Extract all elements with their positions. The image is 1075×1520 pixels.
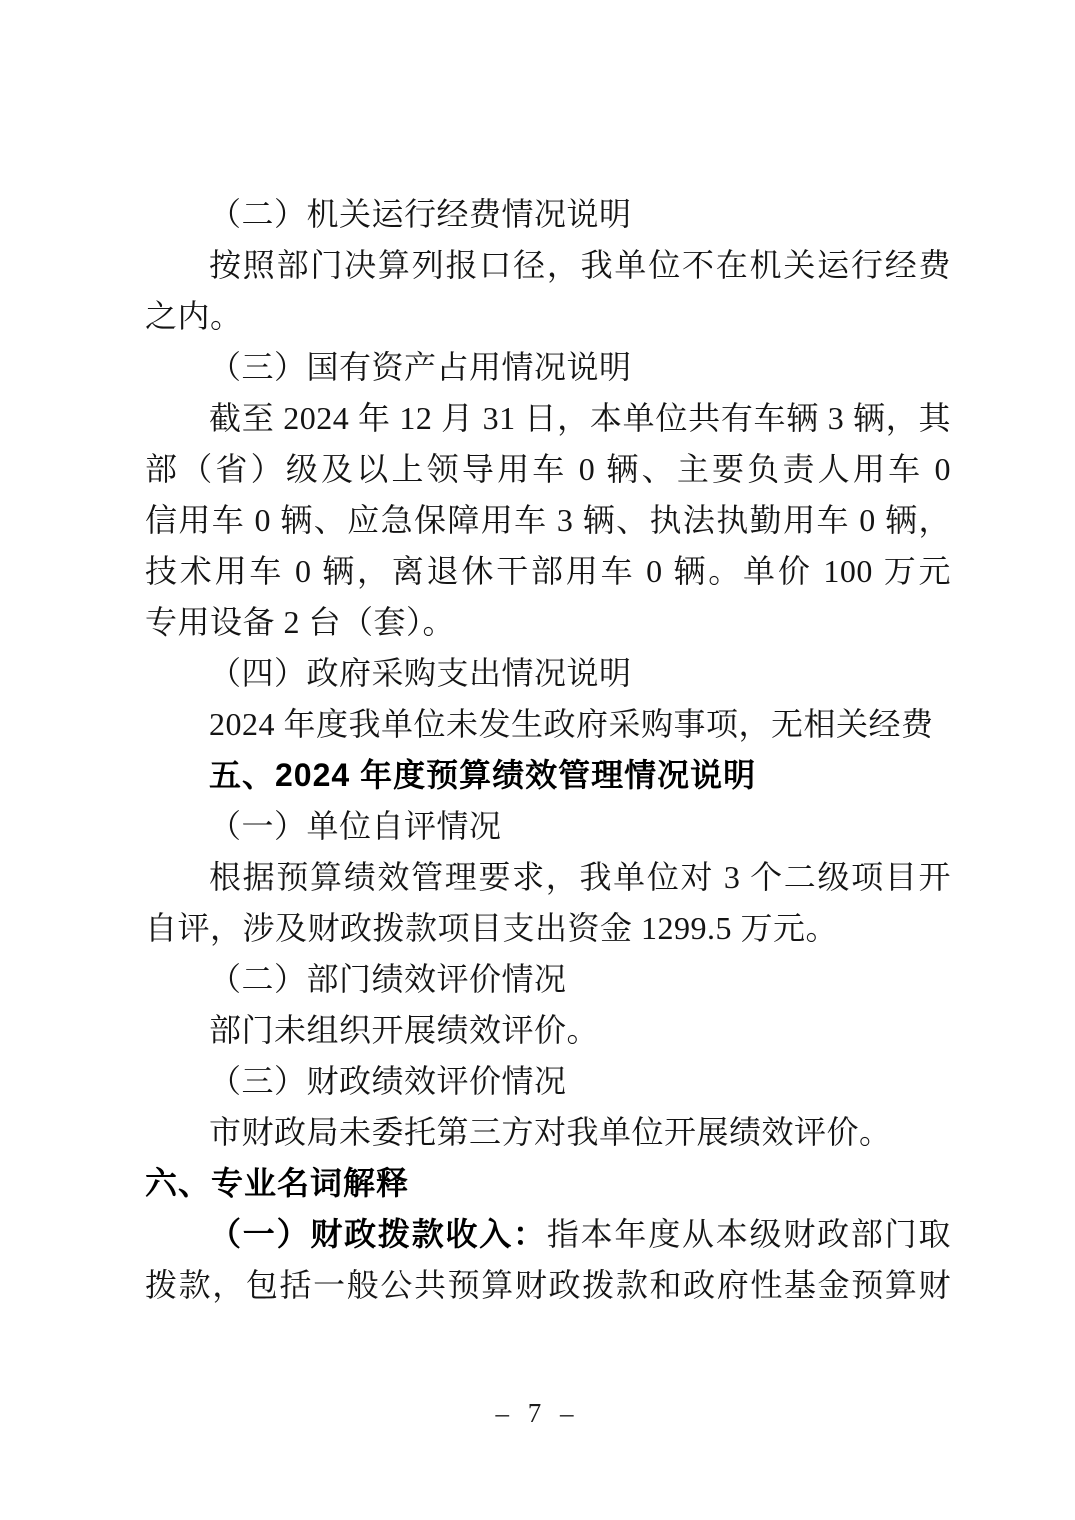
text-run: （二）机关运行经费情况说明	[209, 196, 632, 232]
document-page: （二）机关运行经费情况说明按照部门决算列报口径，我单位不在机关运行经费统计范围之…	[0, 0, 1075, 1520]
text-run: （二）部门绩效评价情况	[209, 961, 567, 997]
text-line: （一）单位自评情况	[145, 801, 951, 852]
text-run: 技术用车 0 辆，离退休干部用车 0 辆。单价 100 万元（含）以上	[145, 553, 951, 597]
text-line: 部（省）级及以上领导用车 0 辆、主要负责人用车 0 辆、机要通	[145, 444, 951, 495]
text-line: 自评，涉及财政拨款项目支出资金 1299.5 万元。	[145, 903, 951, 954]
text-line: 按照部门决算列报口径，我单位不在机关运行经费统计范围	[145, 240, 951, 291]
text-line: 拨款，包括一般公共预算财政拨款和政府性基金预算财政拨款。	[145, 1260, 951, 1311]
text-line: 根据预算绩效管理要求，我单位对 3 个二级项目开展了绩效	[145, 852, 951, 903]
text-run: （三）国有资产占用情况说明	[209, 349, 632, 385]
text-run: 专用设备 2 台（套）。	[145, 604, 455, 640]
text-line: （三）财政绩效评价情况	[145, 1056, 951, 1107]
text-run: 部门未组织开展绩效评价。	[209, 1012, 599, 1048]
text-run: （三）财政绩效评价情况	[209, 1063, 567, 1099]
text-line: 截至 2024 年 12 月 31 日，本单位共有车辆 3 辆，其中，副	[145, 393, 951, 444]
text-run: 五、2024 年度预算绩效管理情况说明	[209, 757, 756, 793]
text-line: 之内。	[145, 291, 951, 342]
page-number: – 7 –	[0, 1398, 1075, 1429]
text-run: 根据预算绩效管理要求，我单位对 3 个二级项目开展了绩效	[145, 859, 951, 903]
text-run: （四）政府采购支出情况说明	[209, 655, 632, 691]
text-block: （二）机关运行经费情况说明按照部门决算列报口径，我单位不在机关运行经费统计范围之…	[145, 189, 951, 1311]
text-run: 截至 2024 年 12 月 31 日，本单位共有车辆 3 辆，其中，副	[145, 400, 951, 444]
text-run: （一）单位自评情况	[209, 808, 502, 844]
section-heading: 五、2024 年度预算绩效管理情况说明	[145, 750, 951, 801]
section-heading: 六、专业名词解释	[145, 1158, 951, 1209]
text-line: （四）政府采购支出情况说明	[145, 648, 951, 699]
text-line: 信用车 0 辆、应急保障用车 3 辆、执法执勤用车 0 辆，特种专业	[145, 495, 951, 546]
text-run: 信用车 0 辆、应急保障用车 3 辆、执法执勤用车 0 辆，特种专业	[145, 502, 951, 546]
text-line: 技术用车 0 辆，离退休干部用车 0 辆。单价 100 万元（含）以上	[145, 546, 951, 597]
text-line: 市财政局未委托第三方对我单位开展绩效评价。	[145, 1107, 951, 1158]
text-run: 2024 年度我单位未发生政府采购事项，无相关经费支出。	[145, 706, 934, 750]
text-run: 之内。	[145, 298, 243, 334]
text-run: 六、专业名词解释	[145, 1165, 409, 1201]
text-line: 2024 年度我单位未发生政府采购事项，无相关经费支出。	[145, 699, 951, 750]
text-line: 专用设备 2 台（套）。	[145, 597, 951, 648]
text-run: 拨款，包括一般公共预算财政拨款和政府性基金预算财政拨款。	[145, 1267, 951, 1311]
text-line: 部门未组织开展绩效评价。	[145, 1005, 951, 1056]
text-line: （三）国有资产占用情况说明	[145, 342, 951, 393]
text-line: （二）机关运行经费情况说明	[145, 189, 951, 240]
text-run: 市财政局未委托第三方对我单位开展绩效评价。	[209, 1114, 892, 1150]
text-line: （二）部门绩效评价情况	[145, 954, 951, 1005]
bold-term: （一）财政拨款收入：	[209, 1216, 547, 1252]
text-line: （一）财政拨款收入：指本年度从本级财政部门取得的财政	[145, 1209, 951, 1260]
text-run: 按照部门决算列报口径，我单位不在机关运行经费统计范围	[145, 247, 951, 291]
text-run: 部（省）级及以上领导用车 0 辆、主要负责人用车 0 辆、机要通	[145, 451, 951, 495]
text-run: 自评，涉及财政拨款项目支出资金 1299.5 万元。	[145, 910, 838, 946]
